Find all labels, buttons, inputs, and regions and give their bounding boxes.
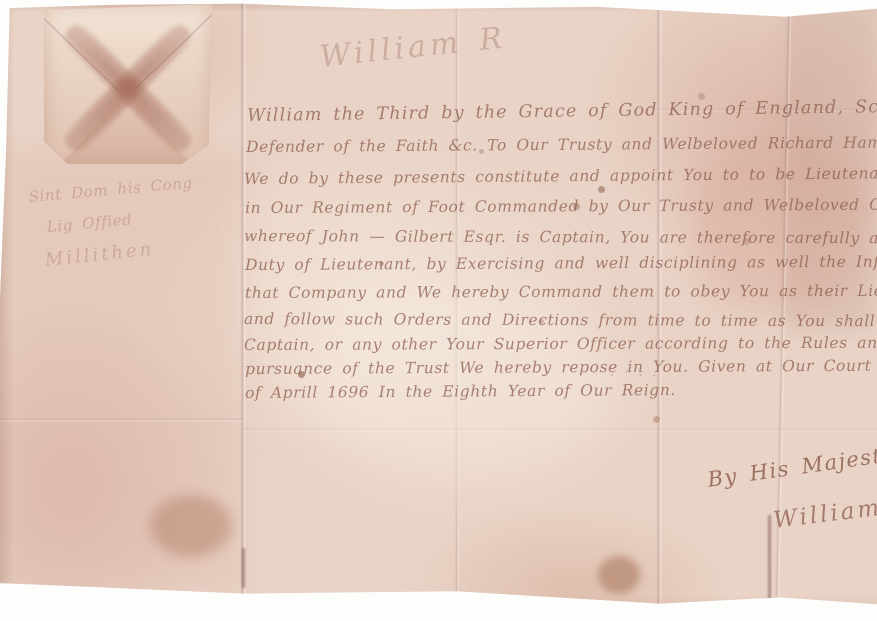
- body-line: that Company and We hereby Command them …: [245, 282, 877, 302]
- fold-crease-horizontal-1: [0, 418, 243, 422]
- body-line: William the Third by the Grace of God Ki…: [247, 96, 877, 126]
- docket-line: Sint Dom his Cong: [28, 174, 193, 206]
- flourish-marks: · ʼ · ·: [610, 368, 657, 384]
- byline: By His Majesty: [706, 442, 877, 492]
- body-line: and follow such Orders and Directions fr…: [244, 310, 877, 330]
- parchment-bottom-edge-shading: [0, 595, 877, 621]
- body-line: Captain, or any other Your Superior Offi…: [244, 334, 877, 354]
- body-line: of Aprill 1696 In the Eighth Year of Our…: [245, 381, 676, 402]
- docket-line: Lig Offied: [46, 211, 133, 236]
- parchment-left-edge-shading: [0, 0, 14, 621]
- body-line: in Our Regiment of Foot Commanded by Our…: [245, 195, 877, 217]
- body-line: pursuance of the Trust We hereby repose …: [245, 357, 877, 378]
- docket-line: Millithen: [44, 239, 155, 271]
- stain-bottom-left: [150, 495, 232, 557]
- body-line: whereof John — Gilbert Esqr. is Captain,…: [244, 227, 877, 248]
- parchment: Sint Dom his Cong Lig Offied Millithen W…: [0, 0, 877, 621]
- stain-bottom-center: [598, 556, 640, 594]
- folded-seal-flap: [44, 4, 212, 164]
- foxing-specks: [0, 0, 3, 3]
- body-line: Duty of Lieutenant, by Exercising and we…: [245, 252, 877, 274]
- crease-shadow-segment-2: [768, 515, 771, 600]
- royal-signature: William R: [318, 20, 508, 74]
- crease-shadow-segment-1: [242, 548, 245, 588]
- parchment-scan: Sint Dom his Cong Lig Offied Millithen W…: [0, 0, 877, 621]
- secretary-signature: William: [772, 495, 877, 534]
